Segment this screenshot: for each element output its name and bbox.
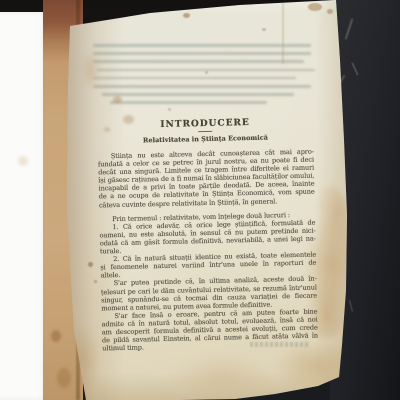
foxing-spot xyxy=(168,108,171,111)
page-subheading: Relativitatea in Știința Economică xyxy=(97,133,313,146)
scratch-mark xyxy=(345,18,354,40)
foxing-spot xyxy=(183,13,190,18)
scratch-mark xyxy=(348,300,353,312)
paragraph: Știința nu este altceva decât cunoaștere… xyxy=(98,148,315,210)
white-backdrop xyxy=(0,12,47,400)
foxing-spot xyxy=(205,71,208,74)
printed-text-block: INTRODUCERE Relativitatea in Știința Eco… xyxy=(97,117,318,353)
paragraph: Prin termenul : relativitate, vom înțele… xyxy=(99,210,316,280)
heading-rule xyxy=(198,131,212,132)
paragraph: S'ar putea pretinde că, în ultima analiz… xyxy=(101,275,318,312)
show-through-text xyxy=(93,44,311,110)
foxing-spot xyxy=(94,280,97,283)
scratch-mark xyxy=(351,62,358,75)
stain-spot xyxy=(57,368,71,388)
stain-spot xyxy=(51,330,61,342)
foxing-spot xyxy=(308,3,322,11)
water-stain xyxy=(80,46,102,94)
foxing-spot xyxy=(88,262,93,267)
photo-of-book-page: INTRODUCERE Relativitatea in Știința Eco… xyxy=(0,0,400,400)
foxing-spot xyxy=(262,28,266,31)
illegible-stamp xyxy=(250,342,308,347)
foxing-spot xyxy=(327,9,333,14)
water-stain xyxy=(163,350,281,400)
foxing-spot xyxy=(113,96,122,103)
stain-spot xyxy=(18,156,28,166)
